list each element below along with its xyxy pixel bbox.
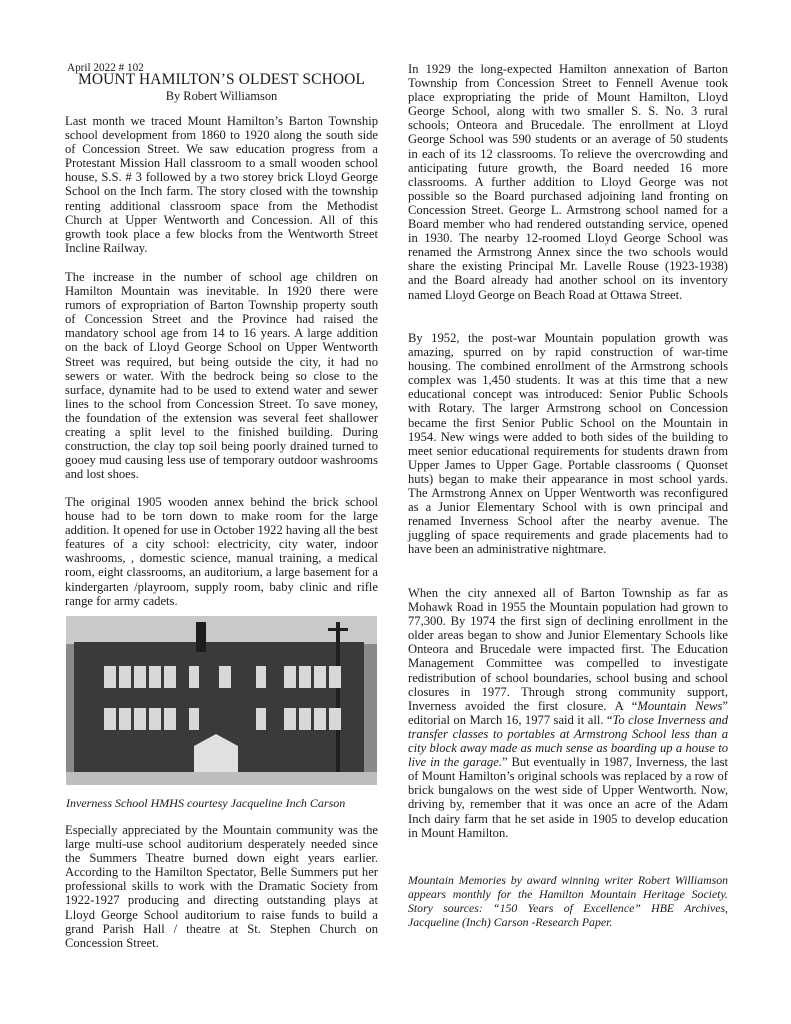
paragraph-text: By 1952, the post-war Mountain populatio… (408, 331, 728, 557)
right-paragraph-2: By 1952, the post-war Mountain populatio… (408, 331, 728, 557)
newspaper-name: Mountain News (637, 699, 722, 713)
left-paragraph-2: The increase in the number of school age… (65, 270, 378, 481)
paragraph-text: The original 1905 wooden annex behind th… (65, 495, 378, 608)
paragraph-text: When the city annexed all of Barton Town… (408, 586, 728, 840)
paragraph-text: Especially appreciated by the Mountain c… (65, 823, 378, 950)
left-paragraph-1: Last month we traced Mount Hamilton’s Ba… (65, 114, 378, 255)
paragraph-text: In 1929 the long-expected Hamilton annex… (408, 62, 728, 302)
school-building-image (66, 616, 377, 785)
text-run: When the city annexed all of Barton Town… (408, 586, 728, 713)
paragraph-text: Last month we traced Mount Hamilton’s Ba… (65, 114, 378, 255)
left-paragraph-4: Especially appreciated by the Mountain c… (65, 823, 378, 950)
author-note-text: Mountain Memories by award winning write… (408, 873, 728, 929)
byline: By Robert Williamson (65, 89, 378, 104)
school-photo (66, 616, 377, 785)
left-paragraph-3: The original 1905 wooden annex behind th… (65, 495, 378, 608)
footer-note: Mountain Memories by award winning write… (408, 873, 728, 929)
right-paragraph-1: In 1929 the long-expected Hamilton annex… (408, 62, 728, 302)
paragraph-text: The increase in the number of school age… (65, 270, 378, 481)
photo-caption: Inverness School HMHS courtesy Jacquelin… (66, 796, 345, 811)
right-paragraph-3: When the city annexed all of Barton Town… (408, 586, 728, 840)
article-title: MOUNT HAMILTON’S OLDEST SCHOOL (65, 71, 378, 89)
